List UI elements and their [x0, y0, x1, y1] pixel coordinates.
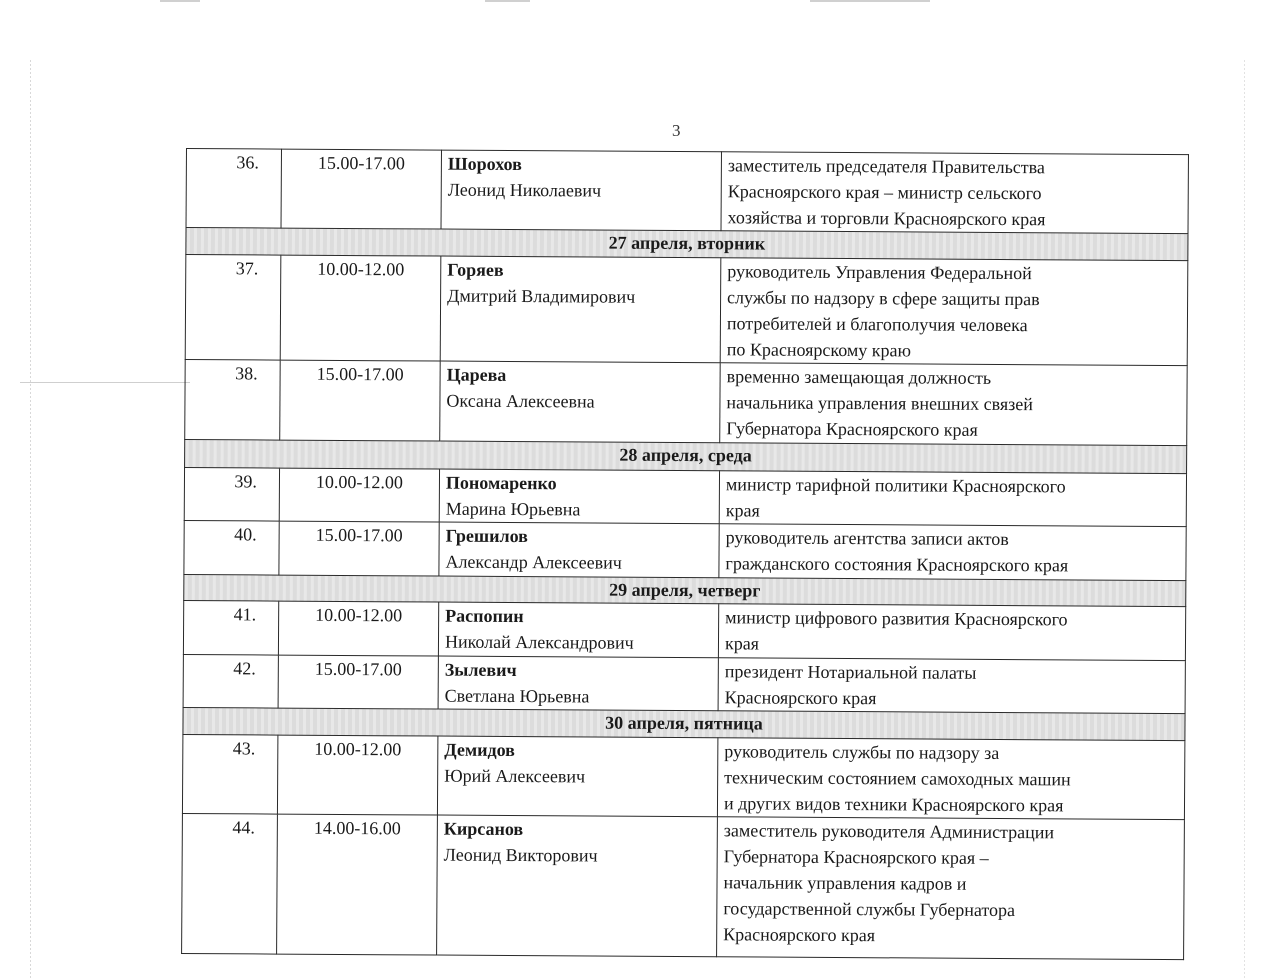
schedule-row: 43. 10.00-12.00 Демидов Юрий Алексеевич … — [182, 734, 1184, 819]
official-surname: Грешилов — [446, 523, 713, 551]
position-line: гражданского состояния Красноярского кра… — [725, 550, 1179, 579]
official-name: Зылевич Светлана Юрьевна — [438, 656, 718, 711]
official-position: президент Нотариальной палатыКрасноярско… — [718, 658, 1185, 714]
official-surname: Распопин — [445, 603, 712, 631]
schedule-row: 41. 10.00-12.00 Распопин Николай Алексан… — [183, 600, 1185, 660]
position-line: Красноярского края — [723, 921, 1177, 950]
position-line: заместитель руководителя Администрации — [724, 817, 1178, 846]
official-surname: Горяев — [447, 257, 714, 285]
position-line: государственной службы Губернатора — [723, 895, 1177, 924]
official-given-names: Дмитрий Владимирович — [447, 283, 714, 311]
official-given-names: Марина Юрьевна — [446, 496, 713, 524]
schedule-row: 38. 15.00-17.00 Царева Оксана Алексеевна… — [185, 359, 1187, 445]
official-position: руководитель агентства записи актовгражд… — [719, 524, 1186, 581]
reception-schedule-table: 36. 15.00-17.00 Шорохов Леонид Николаеви… — [181, 148, 1189, 960]
official-surname: Демидов — [444, 737, 711, 765]
position-line: руководитель Управления Федеральной — [727, 258, 1181, 287]
position-line: Красноярского края — [725, 684, 1179, 713]
official-name: Грешилов Александр Алексеевич — [439, 522, 719, 578]
schedule-row: 42. 15.00-17.00 Зылевич Светлана Юрьевна… — [183, 654, 1185, 713]
official-surname: Зылевич — [445, 657, 712, 685]
scan-artifact-horizontal-line — [20, 382, 190, 383]
position-line: Губернатора Красноярского края – — [724, 843, 1178, 872]
official-given-names: Николай Александрович — [445, 629, 712, 657]
row-number: 38. — [185, 359, 280, 440]
reception-time: 10.00-12.00 — [277, 735, 437, 815]
position-line: временно замещающая должность — [727, 363, 1181, 392]
official-name: Кирсанов Леонид Викторович — [437, 815, 718, 957]
scan-artifact-top-mark — [160, 0, 200, 2]
official-given-names: Леонид Викторович — [444, 842, 711, 870]
schedule-row: 44. 14.00-16.00 Кирсанов Леонид Викторов… — [182, 813, 1185, 959]
official-name: Горяев Дмитрий Владимирович — [440, 256, 721, 363]
position-line: службы по надзору в сфере защиты прав — [727, 284, 1181, 313]
row-number: 37. — [185, 255, 281, 361]
official-position: министр цифрового развития Красноярского… — [718, 604, 1185, 661]
position-line: Губернатора Красноярского края — [726, 415, 1180, 444]
official-surname: Кирсанов — [444, 816, 711, 844]
position-line: начальника управления внешних связей — [726, 389, 1180, 418]
reception-time: 15.00-17.00 — [278, 655, 438, 709]
row-number: 43. — [182, 734, 277, 814]
official-surname: Пономаренко — [446, 470, 713, 498]
scan-artifact-right-margin — [1244, 60, 1245, 979]
position-line: потребителей и благополучия человека — [727, 310, 1181, 339]
reception-time: 10.00-12.00 — [279, 468, 439, 522]
official-given-names: Юрий Алексеевич — [444, 763, 711, 791]
position-line: края — [725, 630, 1179, 659]
scan-artifact-top-mark — [810, 0, 930, 2]
schedule-table-body: 36. 15.00-17.00 Шорохов Леонид Николаеви… — [182, 149, 1189, 960]
position-line: министр цифрового развития Красноярского — [725, 604, 1179, 633]
row-number: 36. — [186, 149, 281, 229]
official-surname: Царева — [447, 362, 714, 390]
position-line: Красноярского края – министр сельского — [728, 178, 1182, 207]
position-line: министр тарифной политики Красноярского — [726, 471, 1180, 500]
official-position: руководитель службы по надзору затехниче… — [717, 738, 1184, 820]
row-number: 41. — [183, 600, 278, 655]
row-number: 44. — [182, 813, 278, 954]
reception-time: 14.00-16.00 — [277, 814, 438, 955]
official-position: руководитель Управления Федеральнойслужб… — [720, 258, 1188, 366]
official-position: временно замещающая должностьначальника … — [720, 363, 1187, 446]
scan-artifact-top-mark — [485, 0, 530, 2]
schedule-row: 39. 10.00-12.00 Пономаренко Марина Юрьев… — [184, 467, 1186, 526]
reception-time: 10.00-12.00 — [280, 255, 441, 361]
position-line: начальник управления кадров и — [723, 869, 1177, 898]
position-line: заместитель председателя Правительства — [728, 152, 1182, 181]
position-line: по Красноярскому краю — [727, 336, 1181, 365]
reception-time: 15.00-17.00 — [280, 360, 440, 441]
reception-time: 15.00-17.00 — [279, 521, 439, 576]
page-number: 3 — [672, 121, 681, 141]
official-position: заместитель руководителя АдминистрацииГу… — [717, 817, 1185, 960]
position-line: техническим состоянием самоходных машин — [724, 764, 1178, 793]
schedule-row: 36. 15.00-17.00 Шорохов Леонид Николаеви… — [186, 149, 1188, 234]
official-name: Шорохов Леонид Николаевич — [441, 150, 721, 231]
official-given-names: Александр Алексеевич — [445, 549, 712, 577]
row-number: 39. — [184, 467, 279, 521]
position-line: и других видов техники Красноярского кра… — [724, 790, 1178, 819]
official-surname: Шорохов — [448, 151, 715, 179]
official-name: Царева Оксана Алексеевна — [440, 361, 720, 443]
row-number: 42. — [183, 654, 278, 708]
position-line: хозяйства и торговли Красноярского края — [728, 204, 1182, 233]
official-position: министр тарифной политики Красноярскогок… — [719, 471, 1186, 527]
reception-schedule-document: 36. 15.00-17.00 Шорохов Леонид Николаеви… — [181, 148, 1189, 960]
official-given-names: Оксана Алексеевна — [446, 388, 713, 416]
official-name: Распопин Николай Александрович — [438, 602, 718, 658]
position-line: президент Нотариальной палаты — [725, 658, 1179, 687]
official-given-names: Светлана Юрьевна — [445, 683, 712, 711]
reception-time: 10.00-12.00 — [278, 601, 438, 656]
position-line: руководитель агентства записи актов — [726, 524, 1180, 553]
position-line: руководитель службы по надзору за — [724, 738, 1178, 767]
official-given-names: Леонид Николаевич — [448, 177, 715, 205]
reception-time: 15.00-17.00 — [281, 149, 441, 229]
position-line: края — [726, 497, 1180, 526]
official-name: Пономаренко Марина Юрьевна — [439, 469, 719, 524]
row-number: 40. — [184, 520, 279, 575]
schedule-row: 40. 15.00-17.00 Грешилов Александр Алекс… — [184, 520, 1186, 580]
scan-artifact-left-margin — [30, 60, 31, 979]
official-position: заместитель председателя ПравительстваКр… — [721, 152, 1188, 234]
schedule-row: 37. 10.00-12.00 Горяев Дмитрий Владимиро… — [185, 255, 1188, 366]
official-name: Демидов Юрий Алексеевич — [437, 736, 717, 817]
